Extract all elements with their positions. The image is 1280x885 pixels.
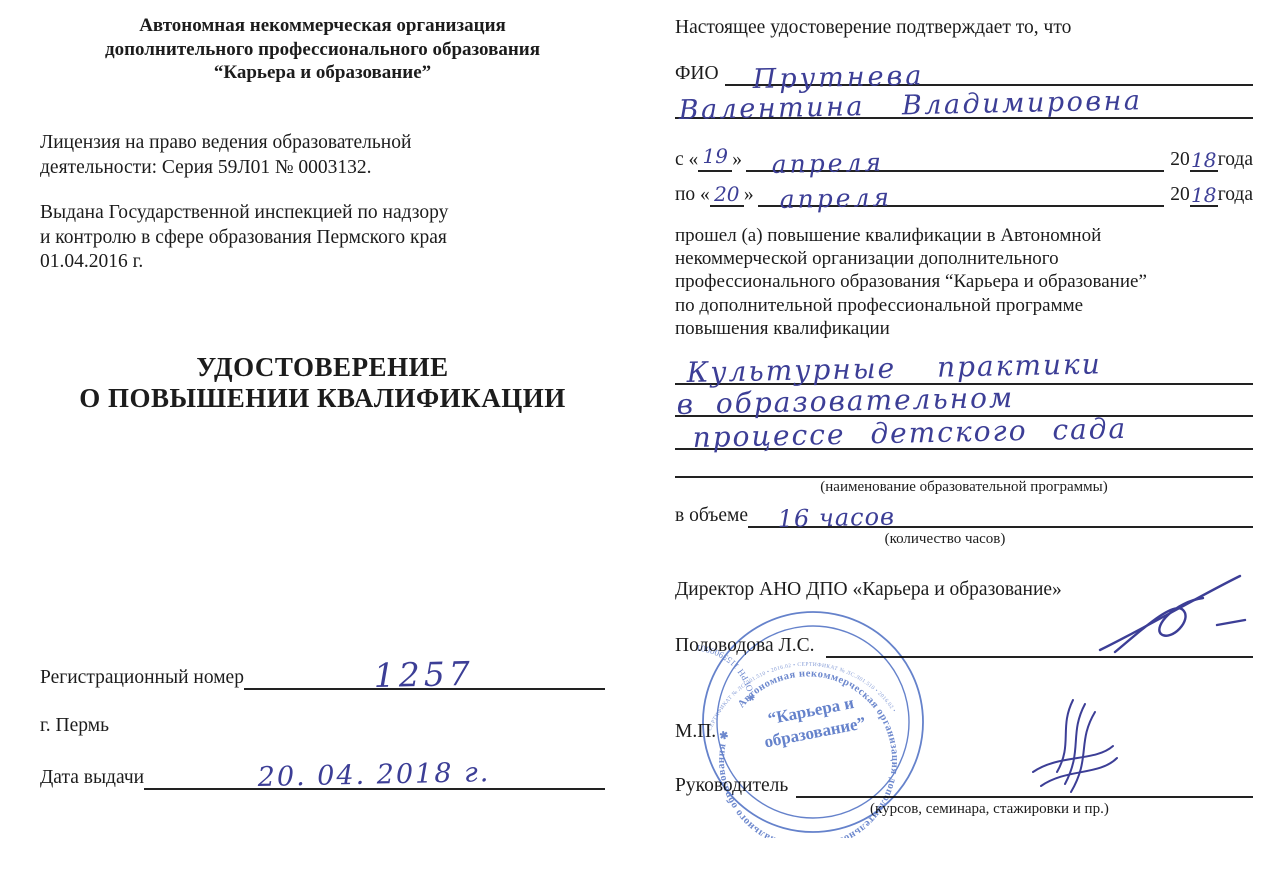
issue-date-row: Дата выдачи 20. 04. 2018 г. bbox=[40, 752, 605, 790]
license-line: деятельности: Серия 59Л01 № 0003132. bbox=[40, 156, 411, 181]
director-line: Директор АНО ДПО «Карьера и образование» bbox=[675, 578, 1062, 603]
fio-row: ФИО Прутнева bbox=[675, 50, 1253, 86]
certificate-document: Автономная некоммерческая организация до… bbox=[0, 0, 1280, 885]
period-from-suffix: года bbox=[1218, 148, 1253, 173]
registration-number-label: Регистрационный номер bbox=[40, 666, 244, 691]
registration-number-value: 1257 bbox=[374, 661, 474, 688]
period-from-month-value: апреля bbox=[772, 150, 885, 177]
program-name-row-1: Культурные практики bbox=[675, 352, 1253, 385]
license-text: Лицензия на право ведения образовательно… bbox=[40, 131, 411, 180]
registration-number-row: Регистрационный номер 1257 bbox=[40, 652, 605, 690]
head-signature bbox=[1015, 688, 1125, 806]
document-title: УДОСТОВЕРЕНИЕ О ПОВЫШЕНИИ КВАЛИФИКАЦИИ bbox=[40, 352, 605, 414]
fio-label: ФИО bbox=[675, 62, 719, 87]
organization-name: Автономная некоммерческая организация до… bbox=[40, 14, 605, 85]
document-title-line: УДОСТОВЕРЕНИЕ bbox=[40, 352, 605, 383]
period-to-year-value: 18 bbox=[1191, 183, 1216, 207]
fio-line: Прутнева bbox=[725, 68, 1253, 87]
volume-line: 16 часов bbox=[748, 507, 1253, 529]
program-name-line-2: в образовательном bbox=[675, 388, 1253, 417]
period-to-close-quote: » bbox=[744, 183, 754, 208]
period-to-month-value: апреля bbox=[779, 185, 892, 212]
body-paragraph-line: прошел (а) повышение квалификации в Авто… bbox=[675, 224, 1147, 247]
body-paragraph-line: некоммерческой организации дополнительно… bbox=[675, 247, 1147, 270]
issuer-line: 01.04.2016 г. bbox=[40, 250, 448, 275]
issue-date-value: 20. 04. 2018 г. bbox=[258, 761, 491, 790]
registration-number-line: 1257 bbox=[244, 664, 605, 691]
program-name-row-3: процессе детского сада bbox=[675, 417, 1253, 450]
issuer-line: и контролю в сфере образования Пермского… bbox=[40, 226, 448, 251]
period-from-prefix: с « bbox=[675, 148, 698, 173]
period-to-day-line: 20 bbox=[710, 179, 744, 208]
fio-name-patronymic-value: Валентина Владимировна bbox=[678, 85, 1142, 126]
document-title-line: О ПОВЫШЕНИИ КВАЛИФИКАЦИИ bbox=[40, 383, 605, 414]
fio-row-2: Валентина Владимировна bbox=[675, 88, 1253, 119]
issuer-line: Выдана Государственной инспекцией по над… bbox=[40, 201, 448, 226]
volume-caption: (количество часов) bbox=[795, 531, 1095, 548]
license-issuer-text: Выдана Государственной инспекцией по над… bbox=[40, 201, 448, 275]
organization-stamp: СЕРТИФИКАТ № ЛС.Л01.510 • 2016.02 • СЕРТ… bbox=[697, 606, 929, 838]
program-name-value-3: процессе детского сада bbox=[692, 412, 1127, 454]
period-from-century: 20 bbox=[1170, 148, 1190, 173]
program-name-row-2: в образовательном bbox=[675, 385, 1253, 417]
period-from-month-line: апреля bbox=[746, 153, 1164, 173]
volume-value: 16 часов bbox=[778, 504, 896, 531]
period-from-close-quote: » bbox=[732, 148, 742, 173]
body-paragraph: прошел (а) повышение квалификации в Авто… bbox=[675, 224, 1147, 340]
period-to-century: 20 bbox=[1170, 183, 1190, 208]
program-name-line-3: процессе детского сада bbox=[675, 421, 1253, 450]
program-name-line-empty bbox=[675, 476, 1253, 478]
organization-name-line: “Карьера и образование” bbox=[40, 61, 605, 85]
program-name-line-1: Культурные практики bbox=[675, 356, 1253, 385]
period-from-row: с « 19 » апреля 20 18 года bbox=[675, 140, 1253, 172]
issue-date-label: Дата выдачи bbox=[40, 766, 144, 791]
organization-name-line: Автономная некоммерческая организация bbox=[40, 14, 605, 38]
program-caption: (наименование образовательной программы) bbox=[675, 479, 1253, 496]
stamp-organization-ring-text: Автономная некоммерческая организация до… bbox=[707, 659, 909, 838]
director-signature bbox=[1085, 568, 1255, 663]
period-to-month-line: апреля bbox=[758, 188, 1165, 208]
period-from-year-line: 18 bbox=[1190, 144, 1218, 173]
issue-date-line: 20. 04. 2018 г. bbox=[144, 766, 605, 791]
volume-row: в объеме 16 часов bbox=[675, 496, 1253, 528]
intro-text: Настоящее удостоверение подтверждает то,… bbox=[675, 16, 1071, 41]
program-name-row-empty bbox=[675, 450, 1253, 478]
body-paragraph-line: повышения квалификации bbox=[675, 317, 1147, 340]
period-to-row: по « 20 » апреля 20 18 года bbox=[675, 174, 1253, 207]
license-line: Лицензия на право ведения образовательно… bbox=[40, 131, 411, 156]
period-to-year-line: 18 bbox=[1190, 179, 1218, 208]
period-to-suffix: года bbox=[1218, 183, 1253, 208]
period-from-day-value: 19 bbox=[703, 144, 728, 168]
period-from-day-line: 19 bbox=[698, 144, 732, 173]
organization-name-line: дополнительного профессионального образо… bbox=[40, 38, 605, 62]
svg-text:Автономная некоммерческая орга: Автономная некоммерческая организация до… bbox=[707, 659, 909, 838]
period-from-year-value: 18 bbox=[1191, 148, 1216, 172]
body-paragraph-line: профессионального образования “Карьера и… bbox=[675, 270, 1147, 293]
volume-label: в объеме bbox=[675, 504, 748, 529]
fio-line-2: Валентина Владимировна bbox=[675, 95, 1253, 119]
period-to-day-value: 20 bbox=[714, 182, 739, 206]
period-to-prefix: по « bbox=[675, 183, 710, 208]
city-label: г. Пермь bbox=[40, 714, 109, 739]
body-paragraph-line: по дополнительной профессиональной прогр… bbox=[675, 294, 1147, 317]
